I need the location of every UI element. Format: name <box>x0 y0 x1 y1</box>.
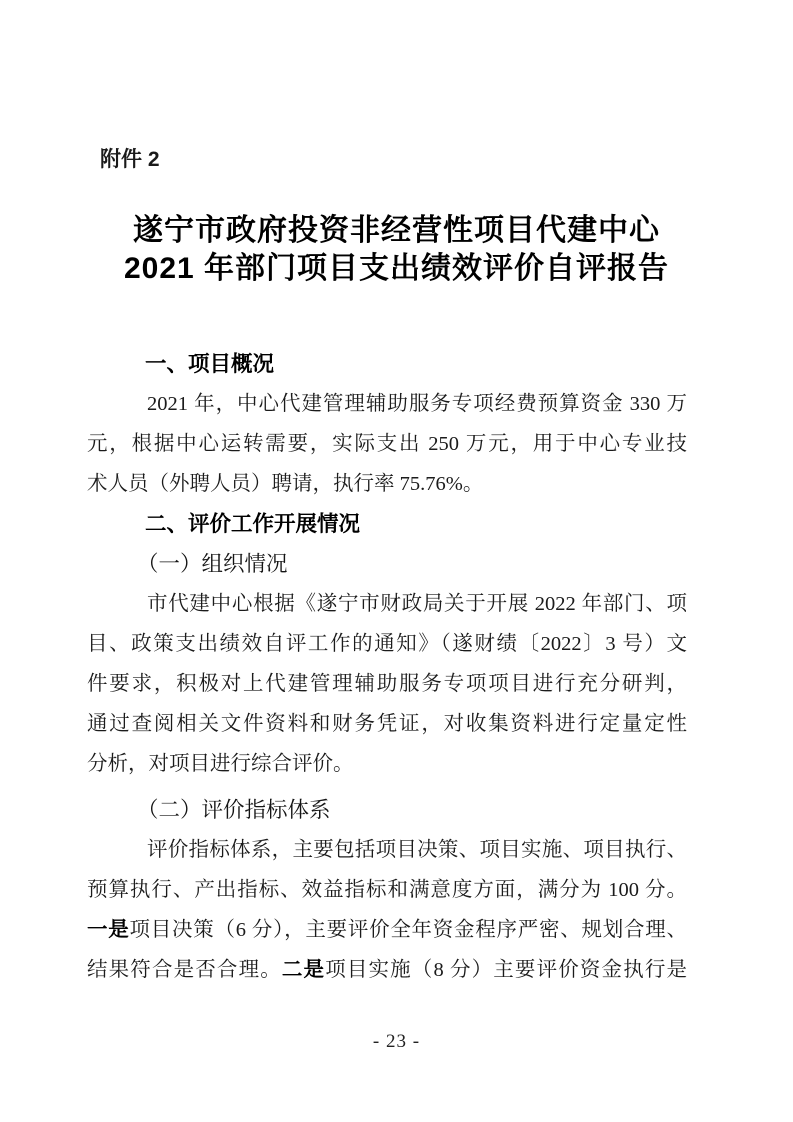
text-run: 结果符合是否合理。 <box>87 959 282 981</box>
text-run: 目、政策支出绩效自评工作的通知》（遂财绩〔2022〕3 号）文 <box>87 633 687 655</box>
paragraph-line: 结果符合是否合理。二是项目实施（8 分）主要评价资金执行是 <box>87 950 687 990</box>
text-run: 项目决策（6 分），主要评价全年资金程序严密、规划合理、 <box>130 919 688 941</box>
attachment-label: 附件 2 <box>100 140 793 180</box>
text-run: 件要求，积极对上代建管理辅助服务专项项目进行充分研判， <box>87 673 687 695</box>
section-heading: 一、项目概况 <box>87 344 687 384</box>
paragraph-line: 市代建中心根据《遂宁市财政局关于开展 2022 年部门、项 <box>87 584 687 624</box>
title-line-1: 遂宁市政府投资非经营性项目代建中心 <box>0 212 793 250</box>
title-line-2: 2021 年部门项目支出绩效评价自评报告 <box>0 250 793 288</box>
text-run: 项目实施（8 分）主要评价资金执行是 <box>325 959 687 981</box>
section-heading: 二、评价工作开展情况 <box>87 504 687 544</box>
text-run: （一）组织情况 <box>137 552 288 576</box>
document-title: 遂宁市政府投资非经营性项目代建中心 2021 年部门项目支出绩效评价自评报告 <box>0 212 793 288</box>
paragraph-line: 预算执行、产出指标、效益指标和满意度方面，满分为 100 分。 <box>87 870 687 910</box>
paragraph-line: 通过查阅相关文件资料和财务凭证，对收集资料进行定量定性 <box>87 704 687 744</box>
subsection-heading: （一）组织情况 <box>87 544 687 584</box>
bold-text-run: 一、项目概况 <box>145 352 274 376</box>
text-run: 预算执行、产出指标、效益指标和满意度方面，满分为 100 分。 <box>87 879 687 901</box>
text-run: 市代建中心根据《遂宁市财政局关于开展 2022 年部门、项 <box>147 593 687 615</box>
text-run: 元，根据中心运转需要，实际支出 250 万元，用于中心专业技 <box>87 433 687 455</box>
subsection-heading: （二）评价指标体系 <box>87 790 687 830</box>
paragraph-line: 元，根据中心运转需要，实际支出 250 万元，用于中心专业技 <box>87 424 687 464</box>
bold-text-run: 二是 <box>282 958 325 981</box>
text-run: 通过查阅相关文件资料和财务凭证，对收集资料进行定量定性 <box>87 713 687 735</box>
text-run: （二）评价指标体系 <box>137 798 331 822</box>
document-page: 附件 2 遂宁市政府投资非经营性项目代建中心 2021 年部门项目支出绩效评价自… <box>0 0 793 1122</box>
paragraph-line: 评价指标体系，主要包括项目决策、项目实施、项目执行、 <box>87 830 687 870</box>
paragraph-line: 件要求，积极对上代建管理辅助服务专项项目进行充分研判， <box>87 664 687 704</box>
bold-text-run: 二、评价工作开展情况 <box>145 512 360 536</box>
text-run: 评价指标体系，主要包括项目决策、项目实施、项目执行、 <box>147 839 687 861</box>
bold-text-run: 一是 <box>87 918 130 941</box>
paragraph-line: 分析，对项目进行综合评价。 <box>87 744 687 784</box>
text-run: 分析，对项目进行综合评价。 <box>87 753 354 775</box>
paragraph-line: 一是项目决策（6 分），主要评价全年资金程序严密、规划合理、 <box>87 910 687 950</box>
page-number: - 23 - <box>0 1022 793 1062</box>
paragraph-line: 术人员（外聘人员）聘请，执行率 75.76%。 <box>87 464 687 504</box>
document-body: 一、项目概况2021 年，中心代建管理辅助服务专项经费预算资金 330 万元，根… <box>87 344 687 990</box>
paragraph-line: 2021 年，中心代建管理辅助服务专项经费预算资金 330 万 <box>87 384 687 424</box>
paragraph-line: 目、政策支出绩效自评工作的通知》（遂财绩〔2022〕3 号）文 <box>87 624 687 664</box>
text-run: 术人员（外聘人员）聘请，执行率 75.76%。 <box>87 473 483 495</box>
text-run: 2021 年，中心代建管理辅助服务专项经费预算资金 330 万 <box>147 393 687 415</box>
